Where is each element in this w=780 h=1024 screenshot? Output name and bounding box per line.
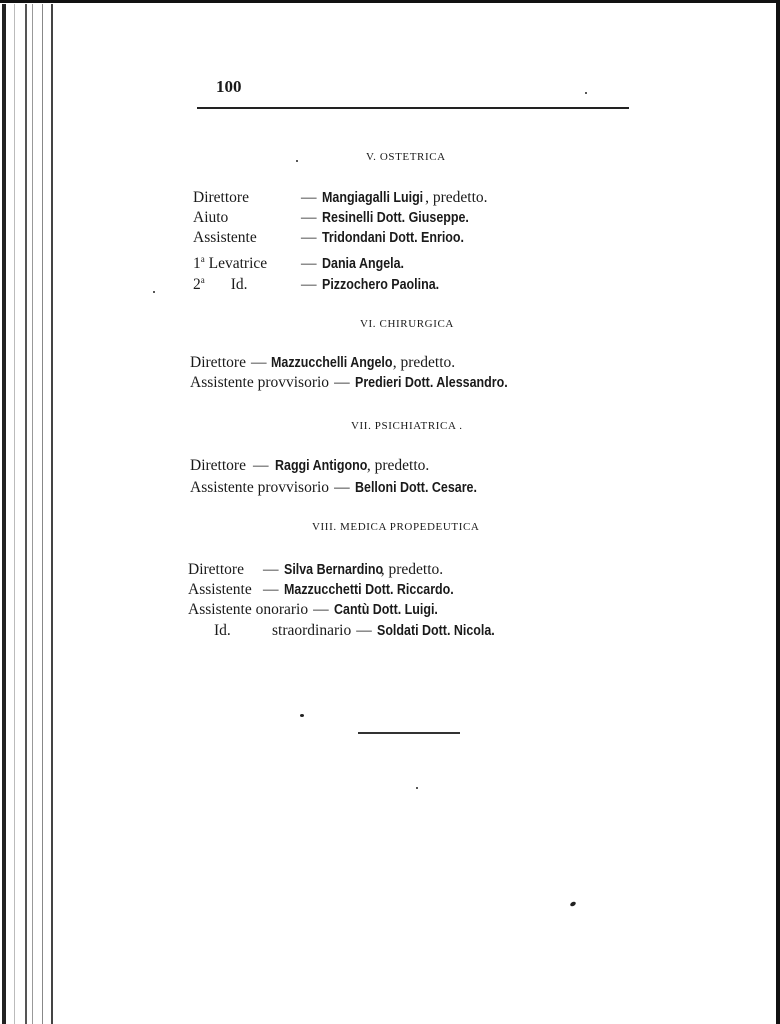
page-number: 100 [216, 77, 242, 97]
person-name: Silva Bernardino [284, 560, 383, 580]
role: Aiuto [193, 208, 296, 228]
ordinal-sup: a [201, 275, 205, 285]
page-top-edge [0, 0, 780, 3]
entry-row: Direttore—Mazzucchelli Angelo, predetto. [190, 353, 455, 373]
person-name: Raggi Antigono [275, 456, 367, 476]
suffix: , predetto. [425, 188, 487, 208]
header-rule [197, 107, 629, 109]
entry-row: Assistente—Mazzucchetti Dott. Riccardo. [188, 580, 481, 600]
dash: — [356, 621, 372, 641]
person-name: Tridondani Dott. Enrioo. [322, 228, 464, 248]
role: Assistente onorario [188, 600, 308, 620]
role: Id. [188, 621, 272, 641]
person-name: Mazzucchelli Angelo [271, 353, 392, 373]
section-title-ostetrica: V. OSTETRICA [366, 151, 446, 163]
page-right-edge [776, 0, 780, 1024]
person-name: Soldati Dott. Nicola. [377, 621, 495, 641]
entry-row: Direttore—Silva Bernardino, predetto. [188, 560, 443, 580]
role-extra: straordinario [272, 622, 351, 639]
role-label: Id. [231, 276, 248, 293]
role: Direttore [190, 456, 246, 476]
role: Direttore [188, 560, 258, 580]
person-name: Belloni Dott. Cesare. [355, 478, 477, 498]
print-speck [153, 291, 155, 293]
person-name: Cantù Dott. Luigi. [334, 600, 438, 620]
role: Assistente provvisorio [190, 478, 329, 498]
section-title-chirurgica: VI. CHIRURGICA [360, 318, 454, 330]
print-speck [300, 714, 304, 717]
print-speck [569, 901, 576, 907]
print-speck [585, 92, 587, 94]
dash: — [334, 478, 350, 498]
section-title-medica-propedeutica: VIII. MEDICA PROPEDEUTICA [312, 521, 479, 533]
suffix: , predetto. [393, 353, 455, 373]
role: Assistente [188, 580, 258, 600]
entry-row: Direttore—Raggi Antigono, predetto. [190, 456, 429, 476]
person-name: Resinelli Dott. Giuseppe. [322, 208, 469, 228]
entry-row: Assistente onorario—Cantù Dott. Luigi. [188, 600, 454, 620]
dash: — [251, 353, 267, 373]
entry-row: Id.straordinario—Soldati Dott. Nicola. [188, 621, 514, 641]
suffix: , predetto. [367, 456, 429, 476]
entry-row: Assistente provvisorio—Predieri Dott. Al… [190, 373, 532, 393]
end-rule [358, 732, 460, 734]
role: Assistente provvisorio [190, 373, 329, 393]
person-name: Mangiagalli Luigi [322, 188, 423, 208]
print-speck [296, 160, 298, 162]
print-speck [416, 787, 418, 789]
entry-row: Assistente—Tridondani Dott. Enrioo. [193, 228, 487, 248]
dash: — [263, 580, 279, 600]
dash: — [301, 228, 317, 248]
dash: — [301, 275, 317, 295]
section-title-psichiatrica: VII. PSICHIATRICA . [351, 420, 463, 432]
ordinal: 2 [193, 276, 201, 293]
dash: — [263, 560, 279, 580]
suffix: , predetto. [381, 560, 443, 580]
dash: — [301, 208, 317, 228]
person-name: Pizzochero Paolina. [322, 275, 439, 295]
role: Direttore [193, 188, 296, 208]
entry-row: 2aId.—Pizzochero Paolina. [193, 270, 458, 295]
dash: — [301, 188, 317, 208]
entry-row: Assistente provvisorio—Belloni Dott. Ces… [190, 478, 496, 498]
person-name: Predieri Dott. Alessandro. [355, 373, 508, 393]
dash: — [253, 456, 269, 476]
entry-row: Aiuto—Resinelli Dott. Giuseppe. [193, 208, 492, 228]
ordinal-sup: a [201, 254, 205, 264]
role: 2aId. [193, 270, 296, 295]
dash: — [334, 373, 350, 393]
role: Direttore [190, 353, 246, 373]
dash: — [313, 600, 329, 620]
role: Assistente [193, 228, 296, 248]
book-binding-edge [0, 0, 60, 1024]
person-name: Mazzucchetti Dott. Riccardo. [284, 580, 454, 600]
entry-row: Direttore—Mangiagalli Luigi, predetto. [193, 188, 488, 208]
